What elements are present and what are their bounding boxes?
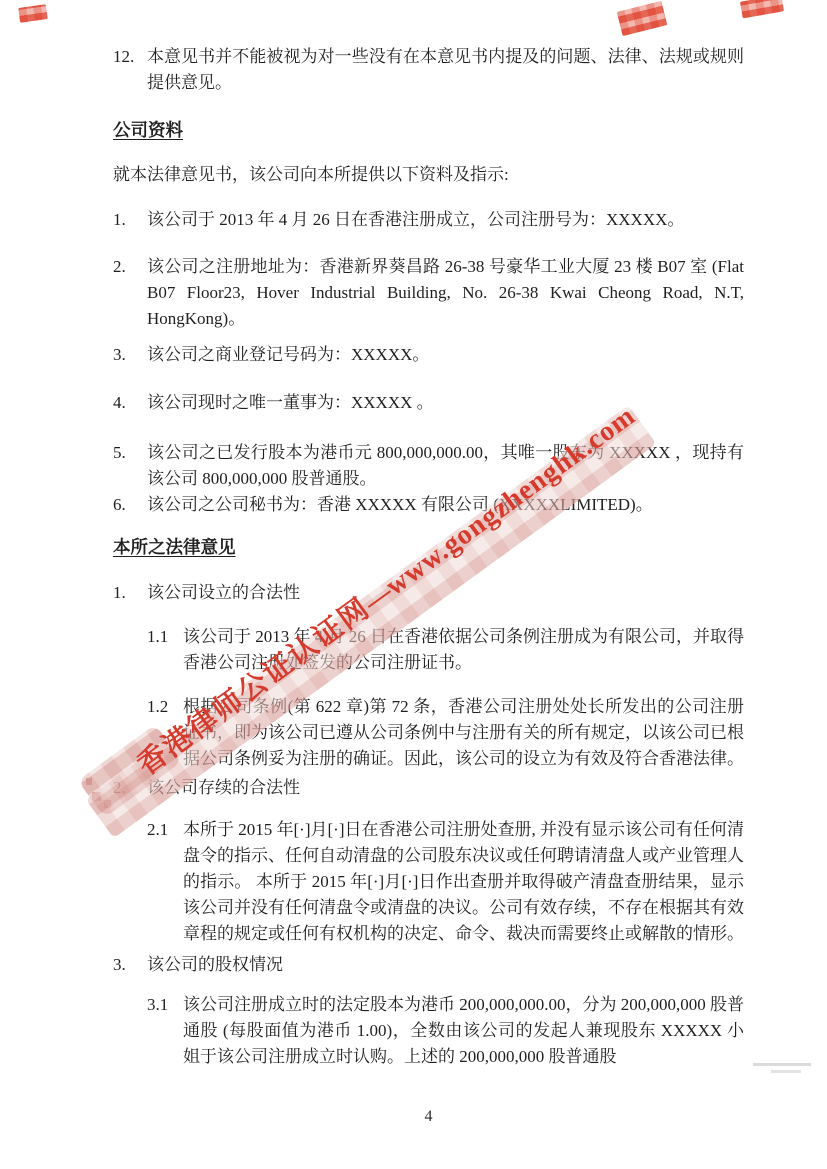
opinion-item-1-1: 1.1 该公司于 2013 年 4 月 26 日在香港依据公司条例注册成为有限公…: [147, 624, 744, 676]
item-number: 1.: [113, 207, 147, 233]
item-text: 本所于 2015 年[·]月[·]日在香港公司注册处查册, 并没有显示该公司有任…: [183, 817, 744, 947]
red-stamp-fragment: [740, 0, 784, 19]
opinion-item-2-1: 2.1 本所于 2015 年[·]月[·]日在香港公司注册处查册, 并没有显示该…: [147, 817, 744, 947]
item-text: 本意见书并不能被视为对一些没有在本意见书内提及的问题、法律、法规或规则提供意见。: [147, 44, 744, 96]
item-text: 该公司之已发行股本为港币元 800,000,000.00，其唯一股东为 XXXX…: [147, 440, 744, 492]
list-item-4: 4. 该公司现时之唯一董事为：XXXXX 。: [113, 390, 744, 416]
item-text: 该公司于 2013 年 4 月 26 日在香港注册成立，公司注册号为：XXXXX…: [147, 207, 744, 233]
watermark-speck: [86, 778, 92, 785]
lead-paragraph: 就本法律意见书，该公司向本所提供以下资料及指示:: [113, 162, 744, 188]
red-stamp-fragment: [18, 4, 48, 23]
item-number: 1.1: [147, 624, 183, 676]
item-number: 12.: [113, 44, 147, 96]
opinion-item-3-title: 3. 该公司的股权情况: [113, 952, 744, 978]
item-text: 该公司现时之唯一董事为：XXXXX 。: [147, 390, 744, 416]
item-number: 3.: [113, 342, 147, 368]
item-text: 该公司之商业登记号码为：XXXXX。: [147, 342, 744, 368]
item-number: 5.: [113, 440, 147, 492]
list-item-12: 12. 本意见书并不能被视为对一些没有在本意见书内提及的问题、法律、法规或规则提…: [113, 44, 744, 96]
list-item-2: 2. 该公司之注册地址为：香港新界葵昌路 26-38 号豪华工业大厦 23 楼 …: [113, 254, 744, 332]
item-text: 该公司之注册地址为：香港新界葵昌路 26-38 号豪华工业大厦 23 楼 B07…: [147, 254, 744, 332]
list-item-3: 3. 该公司之商业登记号码为：XXXXX。: [113, 342, 744, 368]
item-number: 4.: [113, 390, 147, 416]
item-text: 该公司之公司秘书为：香港 XXXXX 有限公司 (XXXXXLIMITED)。: [147, 492, 744, 518]
item-title: 该公司的股权情况: [147, 952, 744, 978]
red-stamp-fragment: [617, 1, 668, 36]
list-item-1: 1. 该公司于 2013 年 4 月 26 日在香港注册成立，公司注册号为：XX…: [113, 207, 744, 233]
item-number: 6.: [113, 492, 147, 518]
page-number: 4: [113, 1108, 744, 1126]
scanner-artifact: [753, 1063, 811, 1073]
document-page: 12. 本意见书并不能被视为对一些没有在本意见书内提及的问题、法律、法规或规则提…: [0, 0, 827, 1169]
item-number: 2.1: [147, 817, 183, 947]
item-text: 该公司注册成立时的法定股本为港币 200,000,000.00，分为 200,0…: [183, 992, 744, 1070]
item-title: 该公司存续的合法性: [147, 775, 744, 801]
opinion-item-2-title: 2. 该公司存续的合法性: [113, 775, 744, 801]
list-item-6: 6. 该公司之公司秘书为：香港 XXXXX 有限公司 (XXXXXLIMITED…: [113, 492, 744, 518]
item-number: 3.: [113, 952, 147, 978]
opinion-item-3-1: 3.1 该公司注册成立时的法定股本为港币 200,000,000.00，分为 2…: [147, 992, 744, 1070]
item-number: 1.: [113, 580, 147, 606]
section-heading-company-info: 公司资料: [113, 117, 744, 143]
item-number: 2.: [113, 254, 147, 332]
item-number: 3.1: [147, 992, 183, 1070]
